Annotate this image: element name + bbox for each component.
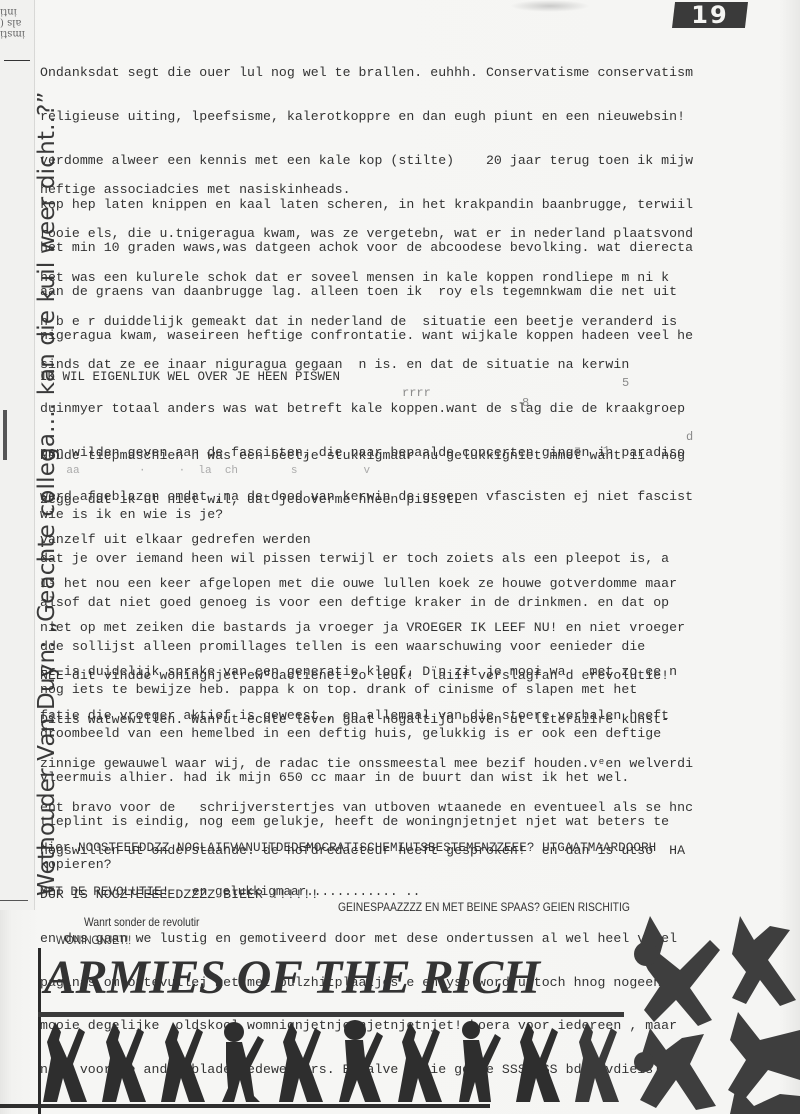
page-number: 19	[672, 2, 748, 28]
text-line: duinmyer totaal anders was wat betreft k…	[40, 402, 780, 417]
stray-mark: d	[686, 430, 693, 444]
text-line: rooie els, die u.tnigeragua kwam, was ze…	[40, 227, 780, 242]
divider	[38, 1012, 624, 1017]
helmeted-soldier-icon	[217, 1018, 269, 1104]
text-line: Noude tiepmaschien n was een beetje stuk…	[40, 449, 780, 464]
divider	[4, 60, 30, 61]
text-line: alsof dat niet goed genoeg is voor een d…	[40, 596, 780, 611]
marching-figures-row	[40, 1018, 624, 1104]
banner-title: ARMIES OF THE RICH	[44, 952, 540, 1004]
ink-smudge	[510, 0, 590, 12]
stray-mark: z 1	[574, 444, 610, 458]
divider	[3, 410, 7, 460]
stray-mark: 8	[522, 396, 529, 410]
text-line: heftige associadcies met nasiskinheads.	[40, 183, 780, 198]
hooded-figure-icon	[513, 1018, 565, 1104]
closing-line: GEINESPAAZZZZ EN MET BEINE SPAAS? GEIEN …	[338, 900, 630, 914]
text-line: het was een kulurele schok dat er soveel…	[40, 271, 780, 286]
text-line: zinnige gewauwel waar wij, de radac tie …	[40, 757, 780, 772]
text-line: Ondanksdat segt die ouer lul nog wel te …	[40, 66, 780, 81]
closing-line: Wanrt sonder de revolutir	[84, 915, 199, 929]
text-line: wie is ik en wie is je?	[40, 508, 780, 523]
text-line: MET DE REVOLUTIE! en gelukkigmaar.......…	[40, 885, 780, 900]
stacked-figures-cluster	[620, 910, 800, 1114]
helmeted-soldier-icon	[336, 1018, 388, 1104]
section-heading: IK WIL EIGENLIUK WEL OVER JE HEEN PISWEN	[40, 370, 340, 384]
hooded-figure-icon	[395, 1018, 447, 1104]
stray-mark: rrrr	[402, 386, 431, 400]
zine-page: imsti als ( inti Wethouder Van Duyn: „Ge…	[0, 0, 800, 1114]
side-snippet-line: als (	[0, 17, 28, 28]
helmeted-soldier-icon	[454, 1018, 506, 1104]
divider	[0, 1104, 490, 1108]
text-line: Hier NOGSTEEEDDZZ NOGLAIFVANUITDEDEMOCRA…	[40, 841, 780, 856]
side-snippet-line: imsti	[0, 28, 28, 39]
closing-line: WONINGNJET!!	[56, 933, 131, 947]
side-clipping: imsti als ( inti	[0, 0, 35, 910]
hooded-figure-icon	[276, 1018, 328, 1104]
text-line: religieuse uiting, lpeefsisme, kalerotko…	[40, 110, 780, 125]
stray-mark-row: aa · · la ch s v	[40, 465, 370, 477]
side-snippet-line: inti	[0, 6, 28, 17]
text-line: dat je over iemand heen wil pissen terwi…	[40, 552, 780, 567]
text-line: h b e r duiddelijk gemeakt dat in nederl…	[40, 315, 780, 330]
divider	[0, 900, 28, 901]
text-line: Ditis watwewillen. Wanrut echte leven ga…	[40, 713, 780, 728]
text-line: NEE dit vindde woningnjetrewᵈdactienet z…	[40, 669, 780, 684]
hooded-figure-icon	[99, 1018, 151, 1104]
side-snippet: imsti als ( inti	[0, 6, 28, 39]
hooded-figure-icon	[158, 1018, 210, 1104]
stray-mark: 5	[622, 376, 629, 390]
hooded-figure-icon	[572, 1018, 624, 1104]
hooded-figure-icon	[40, 1018, 92, 1104]
